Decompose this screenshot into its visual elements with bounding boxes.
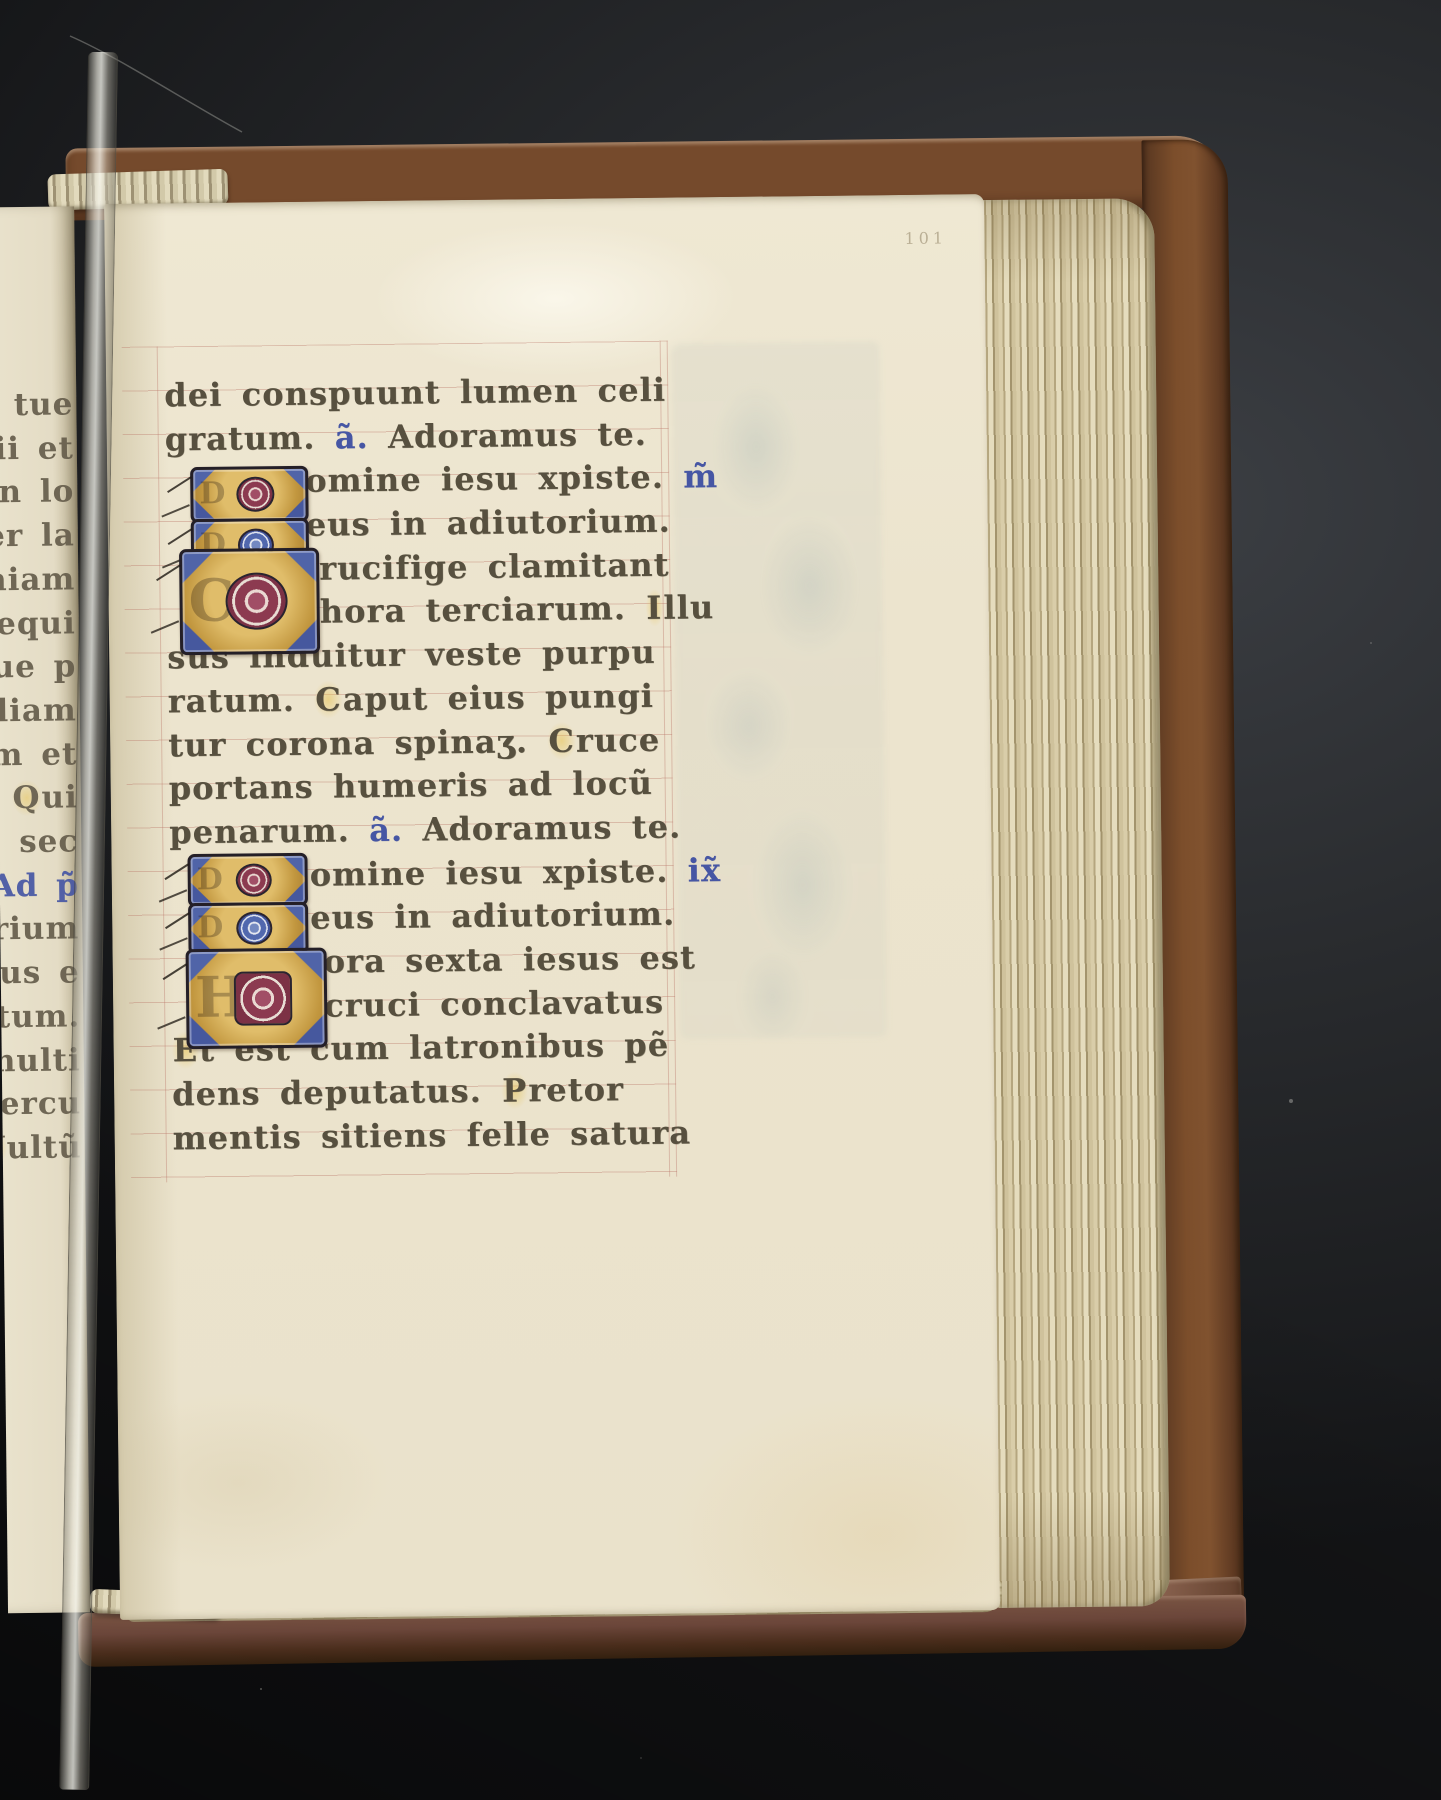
ink-text: ui: [41, 780, 78, 816]
manuscript-text-line: gratum. ã. Adoramus te.: [165, 412, 725, 462]
ink-text: gratum.: [165, 418, 335, 458]
ink-text: eus in adiutorium.: [306, 502, 672, 544]
ink-text: is multi: [0, 1042, 81, 1080]
initial-core-medallion: [236, 476, 274, 512]
ink-text: t semper la: [0, 517, 75, 555]
ink-text: uitam et: [0, 736, 78, 774]
ink-text: rnã.: [0, 780, 12, 817]
initial-letterform: D: [197, 913, 223, 943]
ink-text: ruce: [576, 720, 661, 759]
rubric-blue-text: ix̃: [687, 851, 721, 889]
gold-washed-capital: I: [645, 589, 664, 627]
ink-text: ratum.: [167, 680, 314, 720]
ink-text: a ductus e: [0, 954, 80, 992]
ink-text: mentis sitiens felle satura: [172, 1113, 691, 1157]
initial-letterform: D: [199, 479, 225, 509]
verso-text-fragment: nc et in lo: [0, 474, 75, 512]
manuscript-photo-scene: mortem tueam tuii etnc et in lot semper …: [0, 0, 1441, 1800]
ink-text: lesie tue p: [0, 649, 77, 687]
ink-text: tur corona spinaʒ.: [168, 722, 548, 764]
gold-washed-capital: C: [547, 721, 576, 759]
ink-text: omine iesu xpiste.: [309, 851, 687, 893]
folio-number: 101: [904, 228, 947, 247]
rubric-blue-text: ã.: [334, 418, 369, 456]
ink-text: ora sexta iesus est: [323, 938, 696, 980]
initial-core-medallion: [225, 572, 288, 630]
book: mortem tueam tuii etnc et in lot semper …: [0, 0, 1441, 1800]
manuscript-text-line: dens deputatus. Pretor: [172, 1067, 732, 1117]
ink-text: rucifige clamitant: [319, 545, 670, 587]
ink-text: portans humeris ad locũ: [168, 764, 653, 807]
initial-core-medallion: [236, 911, 272, 945]
gold-washed-capital: Q: [11, 780, 41, 816]
verso-text-fragment: ncordiam: [0, 692, 77, 730]
rubric-blue-text: Ad p̃: [0, 867, 79, 904]
manuscript-text-line: penarum. ã. Adoramus te.: [169, 805, 729, 855]
verso-text-fragment: is multi: [0, 1042, 81, 1080]
initial-core-medallion: [235, 863, 271, 897]
illuminated-initial-D: D: [187, 853, 308, 907]
ink-text: cus in sec: [0, 823, 79, 861]
verso-text-fragment: pilatum.: [0, 998, 80, 1036]
ink-text: torium: [0, 911, 79, 948]
ink-text: omine iesu xpiste.: [305, 458, 683, 500]
ink-text: dei conspuunt lumen celi: [164, 371, 666, 415]
verso-text-fragment: torium: [0, 911, 79, 948]
verso-text-fragment: us miam: [0, 561, 76, 599]
illuminated-initial-C: C: [179, 548, 320, 656]
ink-text: ncordiam: [0, 692, 77, 730]
ink-text: mortem tue: [0, 386, 74, 424]
ink-text: llo percu: [0, 1086, 81, 1124]
ink-text: Adoramus te.: [369, 415, 648, 456]
illuminated-initial-H: H: [186, 948, 328, 1050]
illuminated-initial-D: D: [190, 466, 309, 523]
initial-letterform: D: [197, 865, 223, 895]
ink-text: nctis requi: [0, 605, 76, 643]
verso-text-fragment: lesie tue p: [0, 649, 77, 687]
ink-text: cruci conclavatus: [324, 982, 664, 1024]
ink-text: Adoramus te.: [403, 807, 682, 848]
ink-text: eus in adiutorium.: [310, 895, 676, 937]
verso-text-fragment: cus in sec: [0, 823, 79, 861]
ink-text: aput eius pungi: [343, 677, 655, 719]
manuscript-text-line: dei conspuunt lumen celi: [164, 368, 724, 418]
gold-washed-capital: P: [501, 1071, 529, 1109]
manuscript-text-line: tur corona spinaʒ. Cruce: [168, 717, 728, 767]
verso-text-fragment: llo percu: [0, 1086, 81, 1124]
ink-text: nc et in lo: [0, 474, 75, 512]
recto-page: 101 dei conspuunt lumen celigratum. ã. A…: [104, 194, 1000, 1620]
ink-text: pilatum.: [0, 998, 80, 1036]
ink-text: us miam: [0, 561, 76, 599]
manuscript-text-line: portans humeris ad locũ: [168, 761, 728, 811]
verso-text-fragment: nctis requi: [0, 605, 76, 643]
ink-text: llu: [663, 589, 714, 628]
verso-text-fragment: uitam et: [0, 736, 78, 774]
gold-washed-capital: C: [314, 680, 343, 718]
fore-edge-page-stack: [980, 198, 1170, 1608]
manuscript-text-line: ratum. Caput eius pungi: [167, 674, 727, 724]
verso-text-fragment: am tuii et: [0, 430, 74, 468]
ink-text: dens deputatus.: [172, 1072, 501, 1114]
rubric-blue-text: m̃: [683, 457, 718, 495]
rubric-blue-text: ã.: [369, 811, 404, 849]
initial-core-medallion: [234, 971, 293, 1025]
dust-specks: [0, 0, 2, 2]
ink-text: retor: [528, 1070, 624, 1109]
ink-text: penarum.: [169, 811, 369, 851]
verso-text-fragment: mortem tue: [0, 386, 74, 424]
ink-text: hora terciarum.: [319, 589, 645, 631]
verso-text-fragment: rnã. Qui: [0, 780, 78, 818]
verso-text-fragment: a ductus e: [0, 954, 80, 992]
verso-text-fragment: t semper la: [0, 517, 75, 555]
verso-text-fragment: nen. Ad p̃: [0, 867, 79, 905]
manuscript-text-line: mentis sitiens felle satura: [172, 1111, 732, 1161]
ink-text: am tuii et: [0, 430, 74, 468]
